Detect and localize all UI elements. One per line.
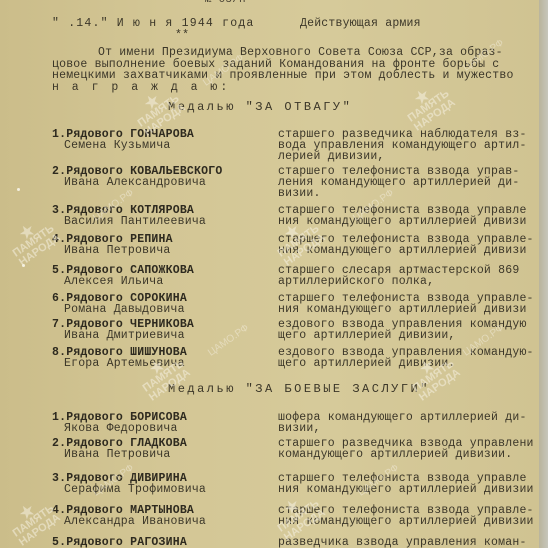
recipient-position: ния командующего артиллерией дивизи <box>278 216 527 228</box>
recipient-position: ния командующего артиллерией дивизии <box>278 516 534 528</box>
recipient-name: 5.Рядового РАГОЗИНА <box>52 537 187 548</box>
watermark-pamyat-naroda: ★ПАМЯТЬНАРОДА <box>400 79 458 133</box>
recipient-patronymic: Алексея Ильича <box>64 276 163 288</box>
scan-edge <box>539 0 548 548</box>
document-location: Действующая армия <box>300 18 421 30</box>
section-heading: Медалью "ЗА БОЕВЫЕ ЗАСЛУГИ" <box>168 383 430 395</box>
recipient-patronymic: Ивана Петровича <box>64 449 171 461</box>
star-icon: ★ <box>400 79 445 115</box>
recipient-patronymic: Якова Федоровича <box>64 423 178 435</box>
recipient-patronymic: Семена Кузьмича <box>64 140 171 152</box>
recipient-position: артиллерийского полка, <box>278 276 434 288</box>
watermark-tsamo: ЦАМО.РФ <box>206 322 251 358</box>
document-page: №-05/н " .14." И ю н я 1944 года Действу… <box>0 0 539 548</box>
paper-hole <box>22 264 25 267</box>
recipient-position: ния командующего артиллерией дивизи <box>278 245 527 257</box>
section-heading: Медалью "ЗА ОТВАГУ" <box>168 101 352 113</box>
recipient-patronymic: Романа Давыдовича <box>64 304 185 316</box>
recipient-patronymic: Серафима Трофимовича <box>64 484 206 496</box>
recipient-patronymic: Ивана Дмитриевича <box>64 330 185 342</box>
recipient-position: визии, <box>278 423 321 435</box>
order-number: №-05/н <box>205 0 246 6</box>
star-icon: ★ <box>5 214 50 250</box>
recipient-position: ния командующего артиллерией дивизии <box>278 484 534 496</box>
recipient-patronymic: Егора Артемьевича <box>64 358 185 370</box>
recipient-position: щего артиллерией дивизии. <box>278 358 456 370</box>
document-date: " .14." И ю н я 1944 года <box>52 18 255 30</box>
recipient-position: щего артиллерией дивизии, <box>278 330 456 342</box>
recipient-position: разведчика взвода управления коман- <box>278 537 527 548</box>
recipient-patronymic: Александра Ивановича <box>64 516 206 528</box>
recipient-patronymic: Ивана Петровича <box>64 245 171 257</box>
recipient-position: лерией дивизии, <box>278 151 385 163</box>
preamble-line: н а г р а ж д а ю: <box>52 82 230 94</box>
recipient-patronymic: Василия Пантилеевича <box>64 216 206 228</box>
recipient-position: визии. <box>278 188 321 200</box>
paper-hole <box>17 188 20 191</box>
recipient-position: командующего артиллерией дивизии. <box>278 449 512 461</box>
recipient-position: ния командующего артиллерией дивизи <box>278 304 527 316</box>
recipient-patronymic: Ивана Александровича <box>64 177 206 189</box>
separator: ** <box>175 30 189 42</box>
star-icon: ★ <box>5 494 50 530</box>
